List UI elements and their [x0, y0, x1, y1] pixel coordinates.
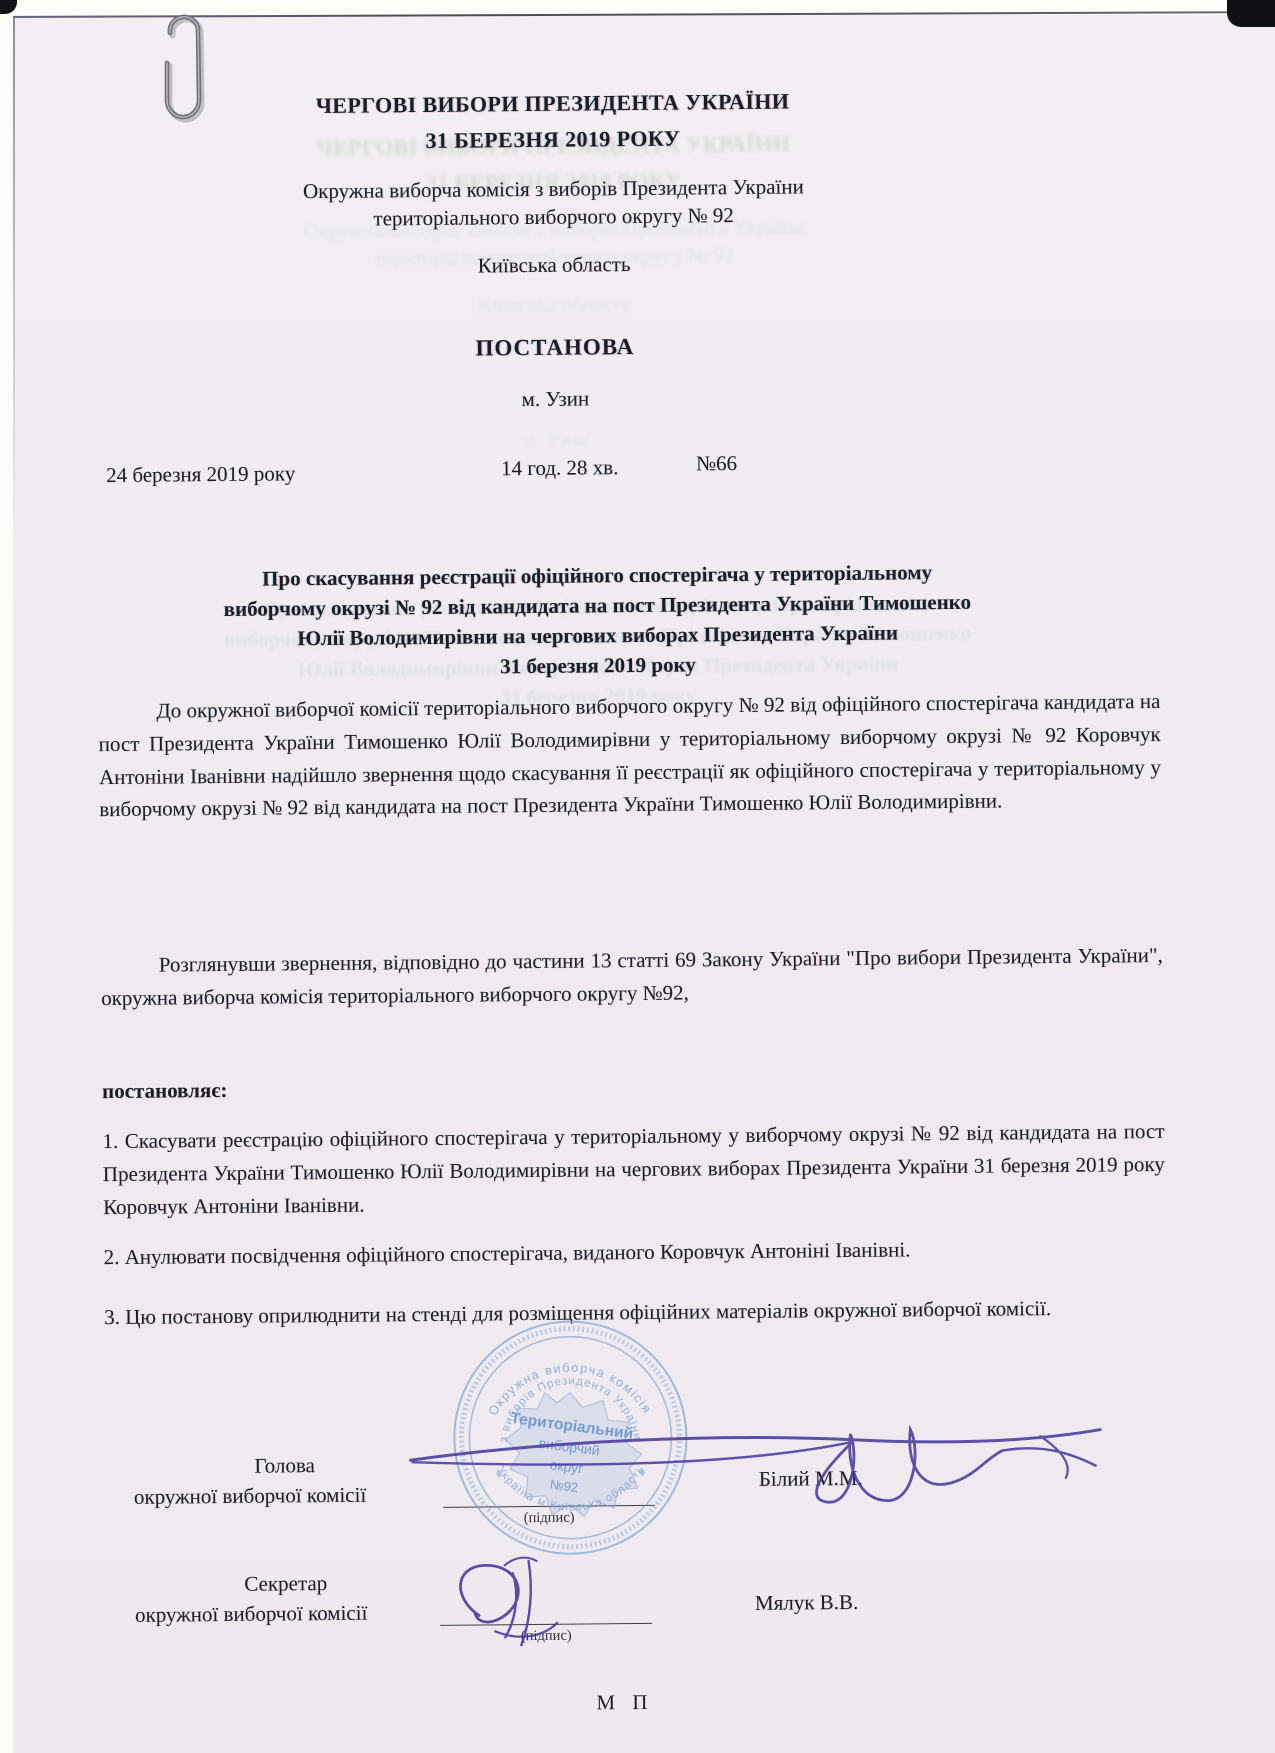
body-paragraph-1: До окружної виборчої комісії територіаль… [98, 685, 1161, 826]
document-number: №66 [696, 451, 737, 476]
document-type-title: ПОСТАНОВА [75, 330, 1035, 365]
paper-left-edge [13, 17, 15, 537]
signature1-role-line1: Голова [134, 1452, 436, 1480]
seal-place-mark: М П [545, 1689, 705, 1716]
secretary-signature-ink [434, 1552, 635, 1659]
signature1-role-line2: окружної виборчої комісії [134, 1483, 367, 1510]
signature2-name: Мялук В.В. [755, 1590, 859, 1616]
city-label: м. Узин [75, 382, 1035, 416]
signature2-role-line1: Секретар [135, 1570, 437, 1598]
scanner-corner-top-right [1227, 0, 1275, 27]
scanner-backing-left [0, 0, 13, 1753]
region-label: Київська область [74, 248, 1034, 282]
head-signature-ink [400, 1405, 1111, 1512]
document-time: 14 год. 28 хв. [501, 455, 619, 481]
scanned-document-page: { "document": { "header": { "line1": "ЧЕ… [0, 0, 1275, 1753]
resolves-label: постановляє: [102, 1065, 1164, 1108]
document-sheet: ЧЕРГОВІ ВИБОРИ ПРЕЗИДЕНТА УКРАЇНИ 31 БЕР… [0, 0, 1275, 1753]
resolution-item-1: 1. Скасувати реєстрацію офіційного спост… [102, 1115, 1165, 1224]
commission-line2: територіального виборчого округу № 92 [74, 200, 1034, 234]
resolution-item-2: 2. Анулювати посвідчення офіційного спос… [103, 1231, 1165, 1274]
body-paragraph-2: Розглянувши звернення, відповідно до час… [101, 939, 1164, 1015]
document-date: 24 березня 2019 року [106, 461, 295, 488]
signature2-role-line2: окружної виборчої комісії [135, 1601, 368, 1628]
paperclip-icon [140, 1, 218, 149]
